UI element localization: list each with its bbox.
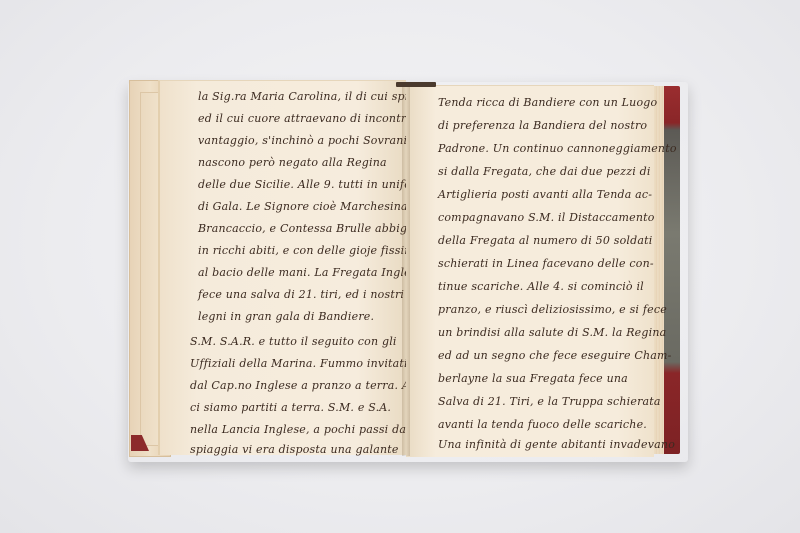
manuscript-line: spiaggia vi era disposta una galante (190, 443, 399, 456)
manuscript-line: compagnavano S.M. il Distaccamento (438, 211, 655, 224)
manuscript-line: pranzo, e riuscì deliziosissimo, e si fe… (438, 303, 667, 316)
manuscript-line: fece una salva di 21. tiri, ed i nostri (198, 288, 404, 301)
manuscript-line: al bacio delle mani. La Fregata Inglese (198, 266, 423, 279)
manuscript-line: un brindisi alla salute di S.M. la Regin… (438, 326, 666, 339)
manuscript-line: ci siamo partiti a terra. S.M. e S.A. (190, 401, 391, 414)
manuscript-line: tinue scariche. Alle 4. si cominciò il (438, 280, 644, 293)
manuscript-line: ed ad un segno che fece eseguire Cham- (438, 349, 672, 362)
manuscript-line: la Sig.ra Maria Carolina, il di cui spir… (198, 90, 429, 103)
book-gutter (402, 82, 410, 456)
manuscript-line: della Fregata al numero di 50 soldati (438, 234, 652, 247)
manuscript-line: schierati in Linea facevano delle con- (438, 257, 654, 270)
right-manuscript-page: Tenda ricca di Bandiere con un Luogo di … (406, 85, 654, 457)
manuscript-line: di preferenza la Bandiera del nostro (438, 119, 647, 132)
manuscript-line: Artiglieria posti avanti alla Tenda ac- (438, 188, 652, 201)
manuscript-line: nascono però negato alla Regina (198, 156, 387, 169)
manuscript-line: si dalla Fregata, che dai due pezzi di (438, 165, 651, 178)
manuscript-line: in ricchi abiti, e con delle gioje fissi… (198, 244, 422, 257)
manuscript-line: vantaggio, s'inchinò a pochi Sovrani (198, 134, 407, 147)
spine-headband (396, 82, 436, 87)
manuscript-line: nella Lancia Inglese, a pochi passi dall… (190, 423, 420, 436)
manuscript-line: Una infinità di gente abitanti invadevan… (438, 438, 675, 451)
manuscript-line: legni in gran gala di Bandiere. (198, 310, 374, 323)
manuscript-line: Brancaccio, e Contessa Brulle abbigliate (198, 222, 433, 235)
manuscript-line: Padrone. Un continuo cannoneggiamento (438, 142, 677, 155)
manuscript-line: di Gala. Le Signore cioè Marchesina (198, 200, 408, 213)
manuscript-line: Tenda ricca di Bandiere con un Luogo (438, 96, 657, 109)
left-manuscript-page: la Sig.ra Maria Carolina, il di cui spir… (158, 80, 406, 455)
manuscript-line: Salva di 21. Tiri, e la Truppa schierata (438, 395, 661, 408)
manuscript-line: berlayne la sua Fregata fece una (438, 372, 628, 385)
manuscript-line: S.M. S.A.R. e tutto il seguito con gli (190, 335, 397, 348)
manuscript-line: Uffiziali della Marina. Fummo invitati (190, 357, 408, 370)
manuscript-line: avanti la tenda fuoco delle scariche. (438, 418, 647, 431)
manuscript-line: delle due Sicilie. Alle 9. tutti in unif… (198, 178, 434, 191)
